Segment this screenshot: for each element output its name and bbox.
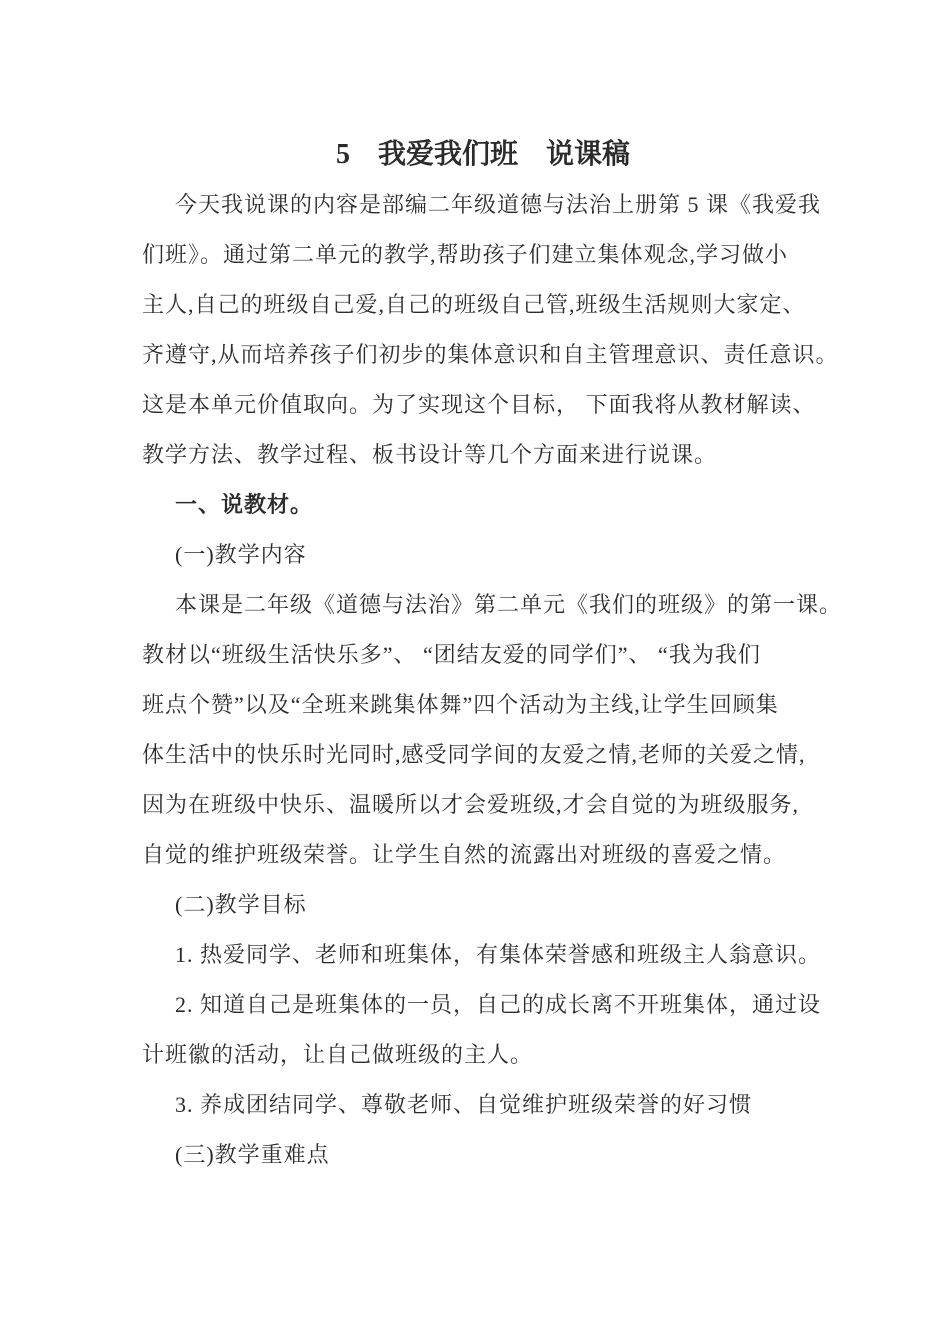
paragraph-line: 主人,自己的班级自己爱,自己的班级自己管,班级生活规则大家定、 [142, 280, 824, 330]
heading-line: 一、说教材。 [142, 480, 824, 530]
paragraph-line: 计班徽的活动，让自己做班级的主人。 [142, 1030, 824, 1080]
document-page: 5 我爱我们班 说课稿 今天我说课的内容是部编二年级道德与法治上册第 5 课《我… [0, 0, 950, 1344]
document-content: 5 我爱我们班 说课稿 今天我说课的内容是部编二年级道德与法治上册第 5 课《我… [142, 130, 824, 1180]
paragraph-line: 2. 知道自己是班集体的一员，自己的成长离不开班集体，通过设 [142, 980, 824, 1030]
paragraph-line: 体生活中的快乐时光同时,感受同学间的友爱之情,老师的关爱之情, [142, 730, 824, 780]
paragraph-line: 1. 热爱同学、老师和班集体，有集体荣誉感和班级主人翁意识。 [142, 930, 824, 980]
paragraph-line: (二)教学目标 [142, 880, 824, 930]
paragraph-line: 齐遵守,从而培养孩子们初步的集体意识和自主管理意识、责任意识。 [142, 330, 824, 380]
paragraph-line: 教材以“班级生活快乐多”、 “团结友爱的同学们”、 “我为我们 [142, 630, 824, 680]
paragraph-line: 自觉的维护班级荣誉。让学生自然的流露出对班级的喜爱之情。 [142, 830, 824, 880]
document-body: 今天我说课的内容是部编二年级道德与法治上册第 5 课《我爱我们班》。通过第二单元… [142, 180, 824, 1180]
paragraph-line: (三)教学重难点 [142, 1130, 824, 1180]
paragraph-line: 这是本单元价值取向。为了实现这个目标， 下面我将从教材解读、 [142, 380, 824, 430]
paragraph-line: 本课是二年级《道德与法治》第二单元《我们的班级》的第一课。 [142, 580, 824, 630]
paragraph-line: 3. 养成团结同学、尊敬老师、自觉维护班级荣誉的好习惯 [142, 1080, 824, 1130]
paragraph-line: 们班》。通过第二单元的教学,帮助孩子们建立集体观念,学习做小 [142, 230, 824, 280]
paragraph-line: 因为在班级中快乐、温暖所以才会爱班级,才会自觉的为班级服务, [142, 780, 824, 830]
document-title: 5 我爱我们班 说课稿 [142, 130, 824, 180]
paragraph-line: 班点个赞”以及“全班来跳集体舞”四个活动为主线,让学生回顾集 [142, 680, 824, 730]
paragraph-line: 今天我说课的内容是部编二年级道德与法治上册第 5 课《我爱我 [142, 180, 824, 230]
paragraph-line: (一)教学内容 [142, 530, 824, 580]
paragraph-line: 教学方法、教学过程、板书设计等几个方面来进行说课。 [142, 430, 824, 480]
